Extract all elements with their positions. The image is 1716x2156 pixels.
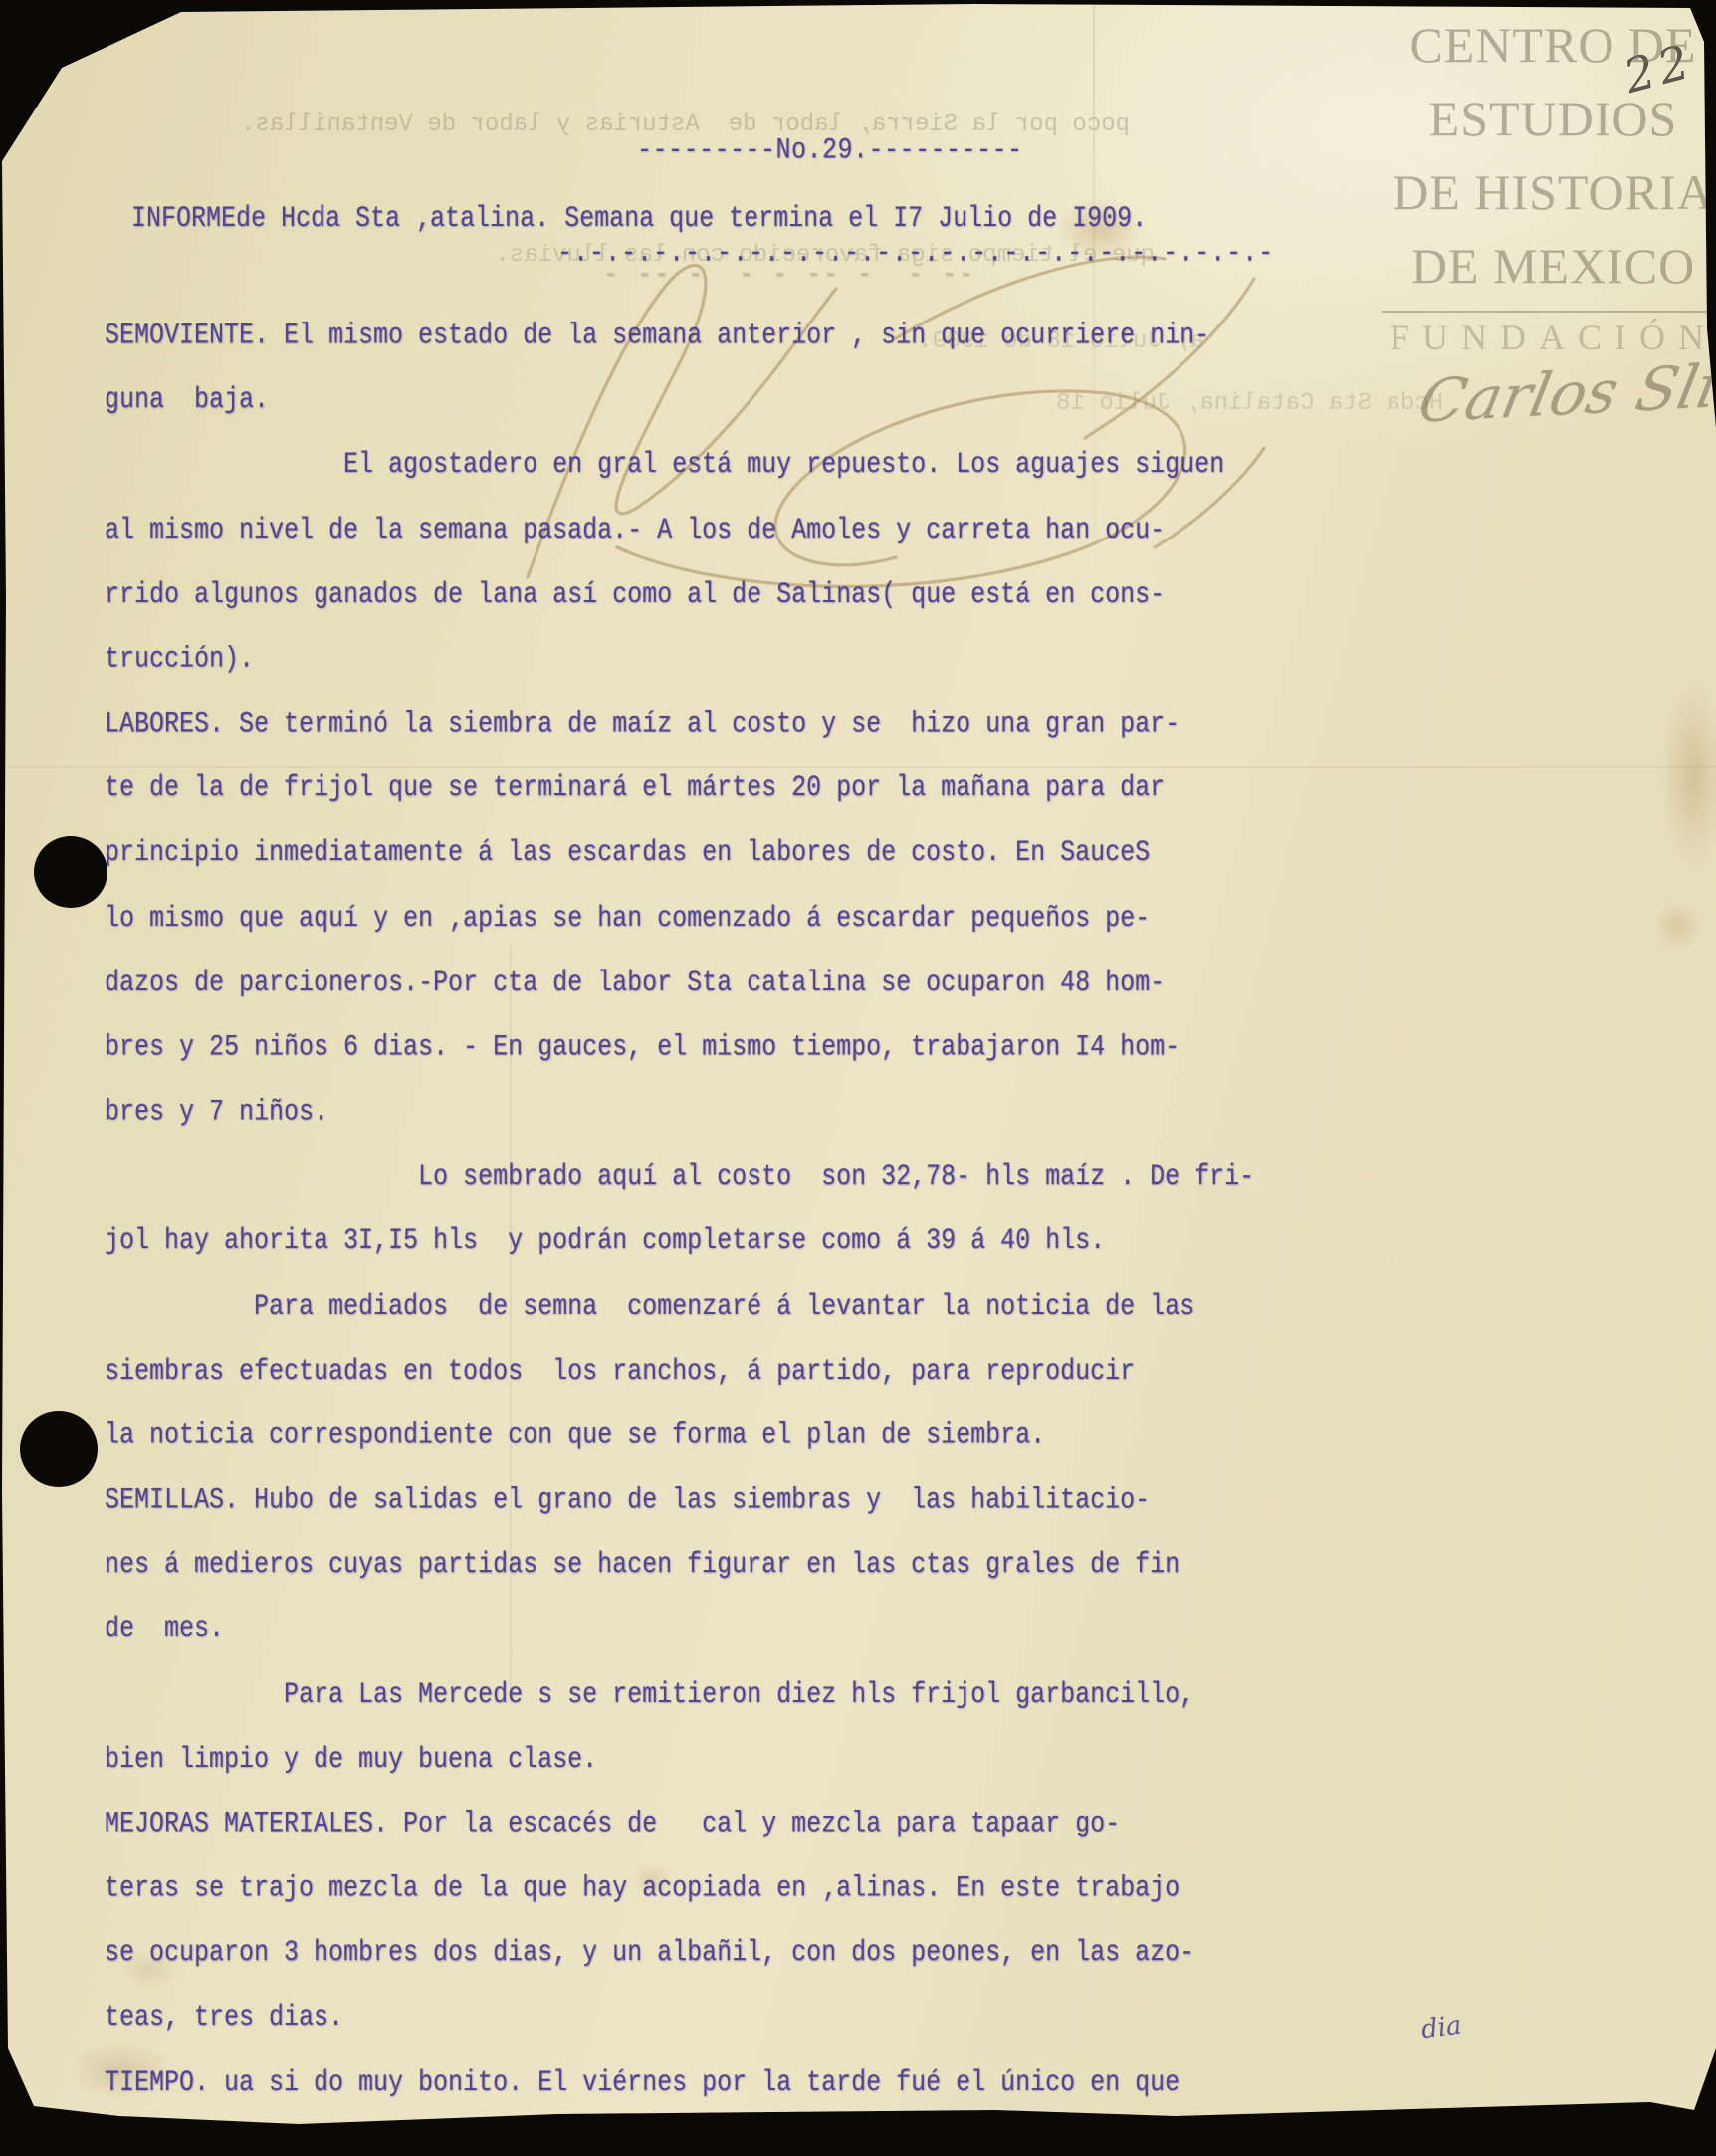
typed-line: MEJORAS MATERIALES. Por la escacés de ca… xyxy=(105,1792,1254,1856)
handwritten-insert: dia xyxy=(1419,2011,1463,2046)
typed-line: bien limpio y de muy buena clase. xyxy=(105,1727,1254,1792)
watermark-signature: Carlos Slim xyxy=(1373,351,1716,439)
watermark-divider xyxy=(1382,311,1716,313)
typed-line: Lo sembrado aquí al costo son 32,78- hls… xyxy=(105,1145,1254,1209)
watermark-line: CENTRO DE xyxy=(1382,8,1716,82)
typed-line: te de la de frijol que se terminará el m… xyxy=(105,756,1254,821)
watermark-line: DE MEXICO xyxy=(1382,229,1716,303)
typed-line: LABORES. Se terminó la siembra de maíz a… xyxy=(105,692,1254,756)
typed-line: SEMOVIENTE. El mismo estado de la semana… xyxy=(105,304,1254,368)
typed-line: jol hay ahorita 3I,I5 hls y podrán compl… xyxy=(105,1209,1254,1274)
typed-line: SEMILLAS. Hubo de salidas el grano de la… xyxy=(105,1468,1254,1533)
typed-line: TIEMPO. ua si do muy bonito. El viérnes … xyxy=(105,2050,1254,2115)
paper-bottom-edge-highlight xyxy=(60,2126,1553,2135)
typed-line: siembras efectuadas en todos los ranchos… xyxy=(105,1339,1254,1403)
watermark-line: DE HISTORIA xyxy=(1382,155,1716,229)
watermark-foundation: FUNDACIÓN xyxy=(1382,317,1716,358)
typed-line: al mismo nivel de la semana pasada.- A l… xyxy=(105,498,1254,562)
typed-line: Para mediados de semna comenzaré á levan… xyxy=(105,1274,1254,1339)
punch-hole-bottom xyxy=(20,1411,98,1487)
report-title: INFORMEde Hcda Sta ‚atalina. Semana que … xyxy=(131,201,1147,236)
report-number: ---------No.29.---------- xyxy=(637,132,1023,167)
paper-sheet: poco por la Sierra, labor de Asturias y … xyxy=(0,0,1716,2156)
typed-line: de mes. xyxy=(105,1598,1254,1662)
typed-line: principio inmediatamente á las escardas … xyxy=(105,821,1254,886)
typed-line: Para Las Mercede s se remitieron diez hl… xyxy=(105,1662,1254,1727)
typed-line: teras se trajo mezcla de la que hay acop… xyxy=(105,1856,1254,1921)
typed-line: bres y 7 niños. xyxy=(105,1080,1254,1145)
typed-line: El agostadero en gral está muy repuesto.… xyxy=(105,433,1254,498)
typed-line: se ocuparon 3 hombres dos dias, y un alb… xyxy=(105,1921,1254,1986)
typed-line: trucción). xyxy=(105,627,1254,692)
report-body: SEMOVIENTE. El mismo estado de la semana… xyxy=(105,304,1254,2115)
typed-line: dazos de parcioneros.-Por cta de labor S… xyxy=(105,951,1254,1015)
typed-line: nes á medieros cuyas partidas se hacen f… xyxy=(105,1533,1254,1598)
watermark-line: ESTUDIOS xyxy=(1382,82,1716,155)
typed-line: la noticia correspondiente con que se fo… xyxy=(105,1403,1254,1468)
typed-line: lo mismo que aquí y en ‚apias se han com… xyxy=(105,886,1254,951)
typed-line: guna baja. xyxy=(105,368,1254,433)
archive-watermark: CENTRO DE ESTUDIOS DE HISTORIA DE MEXICO… xyxy=(1382,8,1716,430)
title-underline-ghost: - -- - - - -- - - -- xyxy=(603,257,975,292)
typed-line: rrido algunos ganados de lana así como a… xyxy=(105,562,1254,627)
punch-hole-top xyxy=(34,836,107,908)
scanned-document-page: poco por la Sierra, labor de Asturias y … xyxy=(0,0,1716,2156)
typed-line: bres y 25 niños 6 dias. - En gauces, el … xyxy=(105,1015,1254,1080)
typed-line: teas, tres dias. xyxy=(105,1986,1254,2050)
